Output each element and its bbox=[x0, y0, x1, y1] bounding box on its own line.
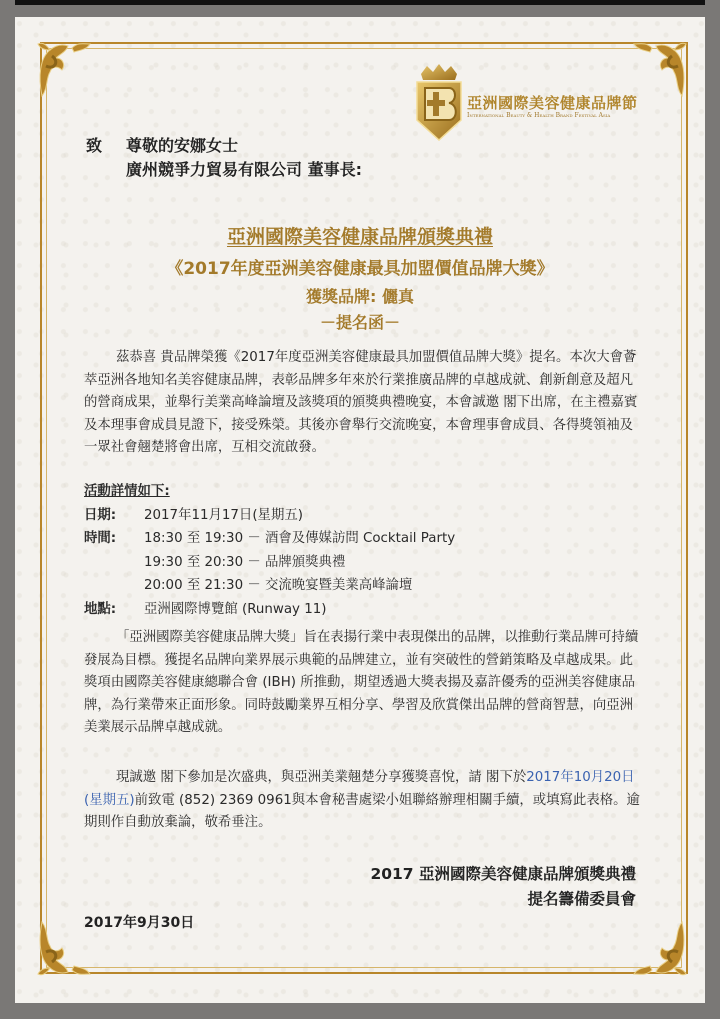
event-details: 活動詳情如下: 日期: 2017年11月17日(星期五) 時間: 18:30 至… bbox=[84, 480, 455, 621]
salutation: 致尊敬的安娜女士 廣州競爭力貿易有限公司 董事長: bbox=[86, 134, 362, 182]
schedule-item: 18:30 至 19:30 － 酒會及傳媒訪問 Cocktail Party bbox=[144, 527, 455, 551]
time-row: 19:30 至 20:30 － 品牌頒獎典禮 bbox=[84, 551, 455, 575]
signature-block: 2017 亞洲國際美容健康品牌頒獎典禮 提名籌備委員會 bbox=[370, 862, 636, 912]
event-title: 亞洲國際美容健康品牌頒獎典禮 bbox=[0, 226, 720, 248]
logo-name-cn: 亞洲國際美容健康品牌節 bbox=[467, 92, 638, 113]
document-type: －提名函－ bbox=[0, 312, 720, 334]
paragraph-text: 茲恭喜 貴品牌榮獲《2017年度亞洲美容健康最具加盟價值品牌大獎》提名。本次大會… bbox=[84, 350, 637, 455]
schedule-item: 19:30 至 20:30 － 品牌頒獎典禮 bbox=[144, 551, 345, 575]
festival-logo: 亞洲國際美容健康品牌節 International Beauty & Healt… bbox=[413, 62, 653, 142]
venue-label: 地點: bbox=[84, 598, 144, 622]
congratulations-paragraph: 茲恭喜 貴品牌榮獲《2017年度亞洲美容健康最具加盟價值品牌大獎》提名。本次大會… bbox=[84, 347, 644, 460]
corner-ornament-icon bbox=[622, 912, 692, 982]
time-row: 時間: 18:30 至 19:30 － 酒會及傳媒訪問 Cocktail Par… bbox=[84, 527, 455, 551]
venue-value: 亞洲國際博覽館 (Runway 11) bbox=[144, 598, 327, 622]
signature-line-2: 提名籌備委員會 bbox=[370, 887, 636, 912]
recipient-name: 尊敬的安娜女士 bbox=[126, 136, 238, 155]
date-label: 日期: bbox=[84, 504, 144, 528]
signature-line-1: 2017 亞洲國際美容健康品牌頒獎典禮 bbox=[370, 862, 636, 887]
winning-brand: 獲獎品牌: 儷真 bbox=[0, 286, 720, 308]
time-label: 時間: bbox=[84, 527, 144, 551]
date-value: 2017年11月17日(星期五) bbox=[144, 504, 303, 528]
salutation-prefix: 致 bbox=[86, 134, 126, 158]
schedule-item: 20:00 至 21:30 － 交流晚宴暨美業高峰論壇 bbox=[144, 574, 412, 598]
issue-date: 2017年9月30日 bbox=[84, 912, 194, 934]
paragraph-text: 前致電 (852) 2369 0961與本會秘書處梁小姐聯絡辦理相關手續，或填寫… bbox=[84, 793, 640, 831]
venue-row: 地點: 亞洲國際博覽館 (Runway 11) bbox=[84, 598, 455, 622]
time-row: 20:00 至 21:30 － 交流晚宴暨美業高峰論壇 bbox=[84, 574, 455, 598]
invitation-paragraph: 現誠邀 閣下參加是次盛典，與亞洲美業翹楚分享獲獎喜悅，請 閣下於2017年10月… bbox=[84, 767, 644, 835]
paragraph-text: 「亞洲國際美容健康品牌大獎」旨在表揚行業中表現傑出的品牌，以推動行業品牌可持續發… bbox=[84, 630, 638, 735]
paragraph-text: 現誠邀 閣下參加是次盛典，與亞洲美業翹楚分享獲獎喜悅，請 閣下於 bbox=[116, 770, 526, 785]
recipient-organization: 廣州競爭力貿易有限公司 董事長: bbox=[86, 158, 362, 182]
top-black-bar bbox=[15, 0, 705, 5]
corner-ornament-icon bbox=[32, 36, 102, 106]
crowned-shield-icon bbox=[413, 62, 465, 142]
date-row: 日期: 2017年11月17日(星期五) bbox=[84, 504, 455, 528]
details-heading: 活動詳情如下: bbox=[84, 480, 455, 504]
award-description-paragraph: 「亞洲國際美容健康品牌大獎」旨在表揚行業中表現傑出的品牌，以推動行業品牌可持續發… bbox=[84, 627, 644, 740]
logo-name-en: International Beauty & Health Brand Fest… bbox=[467, 112, 610, 119]
award-title: 《2017年度亞洲美容健康最具加盟價值品牌大獎》 bbox=[0, 258, 720, 280]
